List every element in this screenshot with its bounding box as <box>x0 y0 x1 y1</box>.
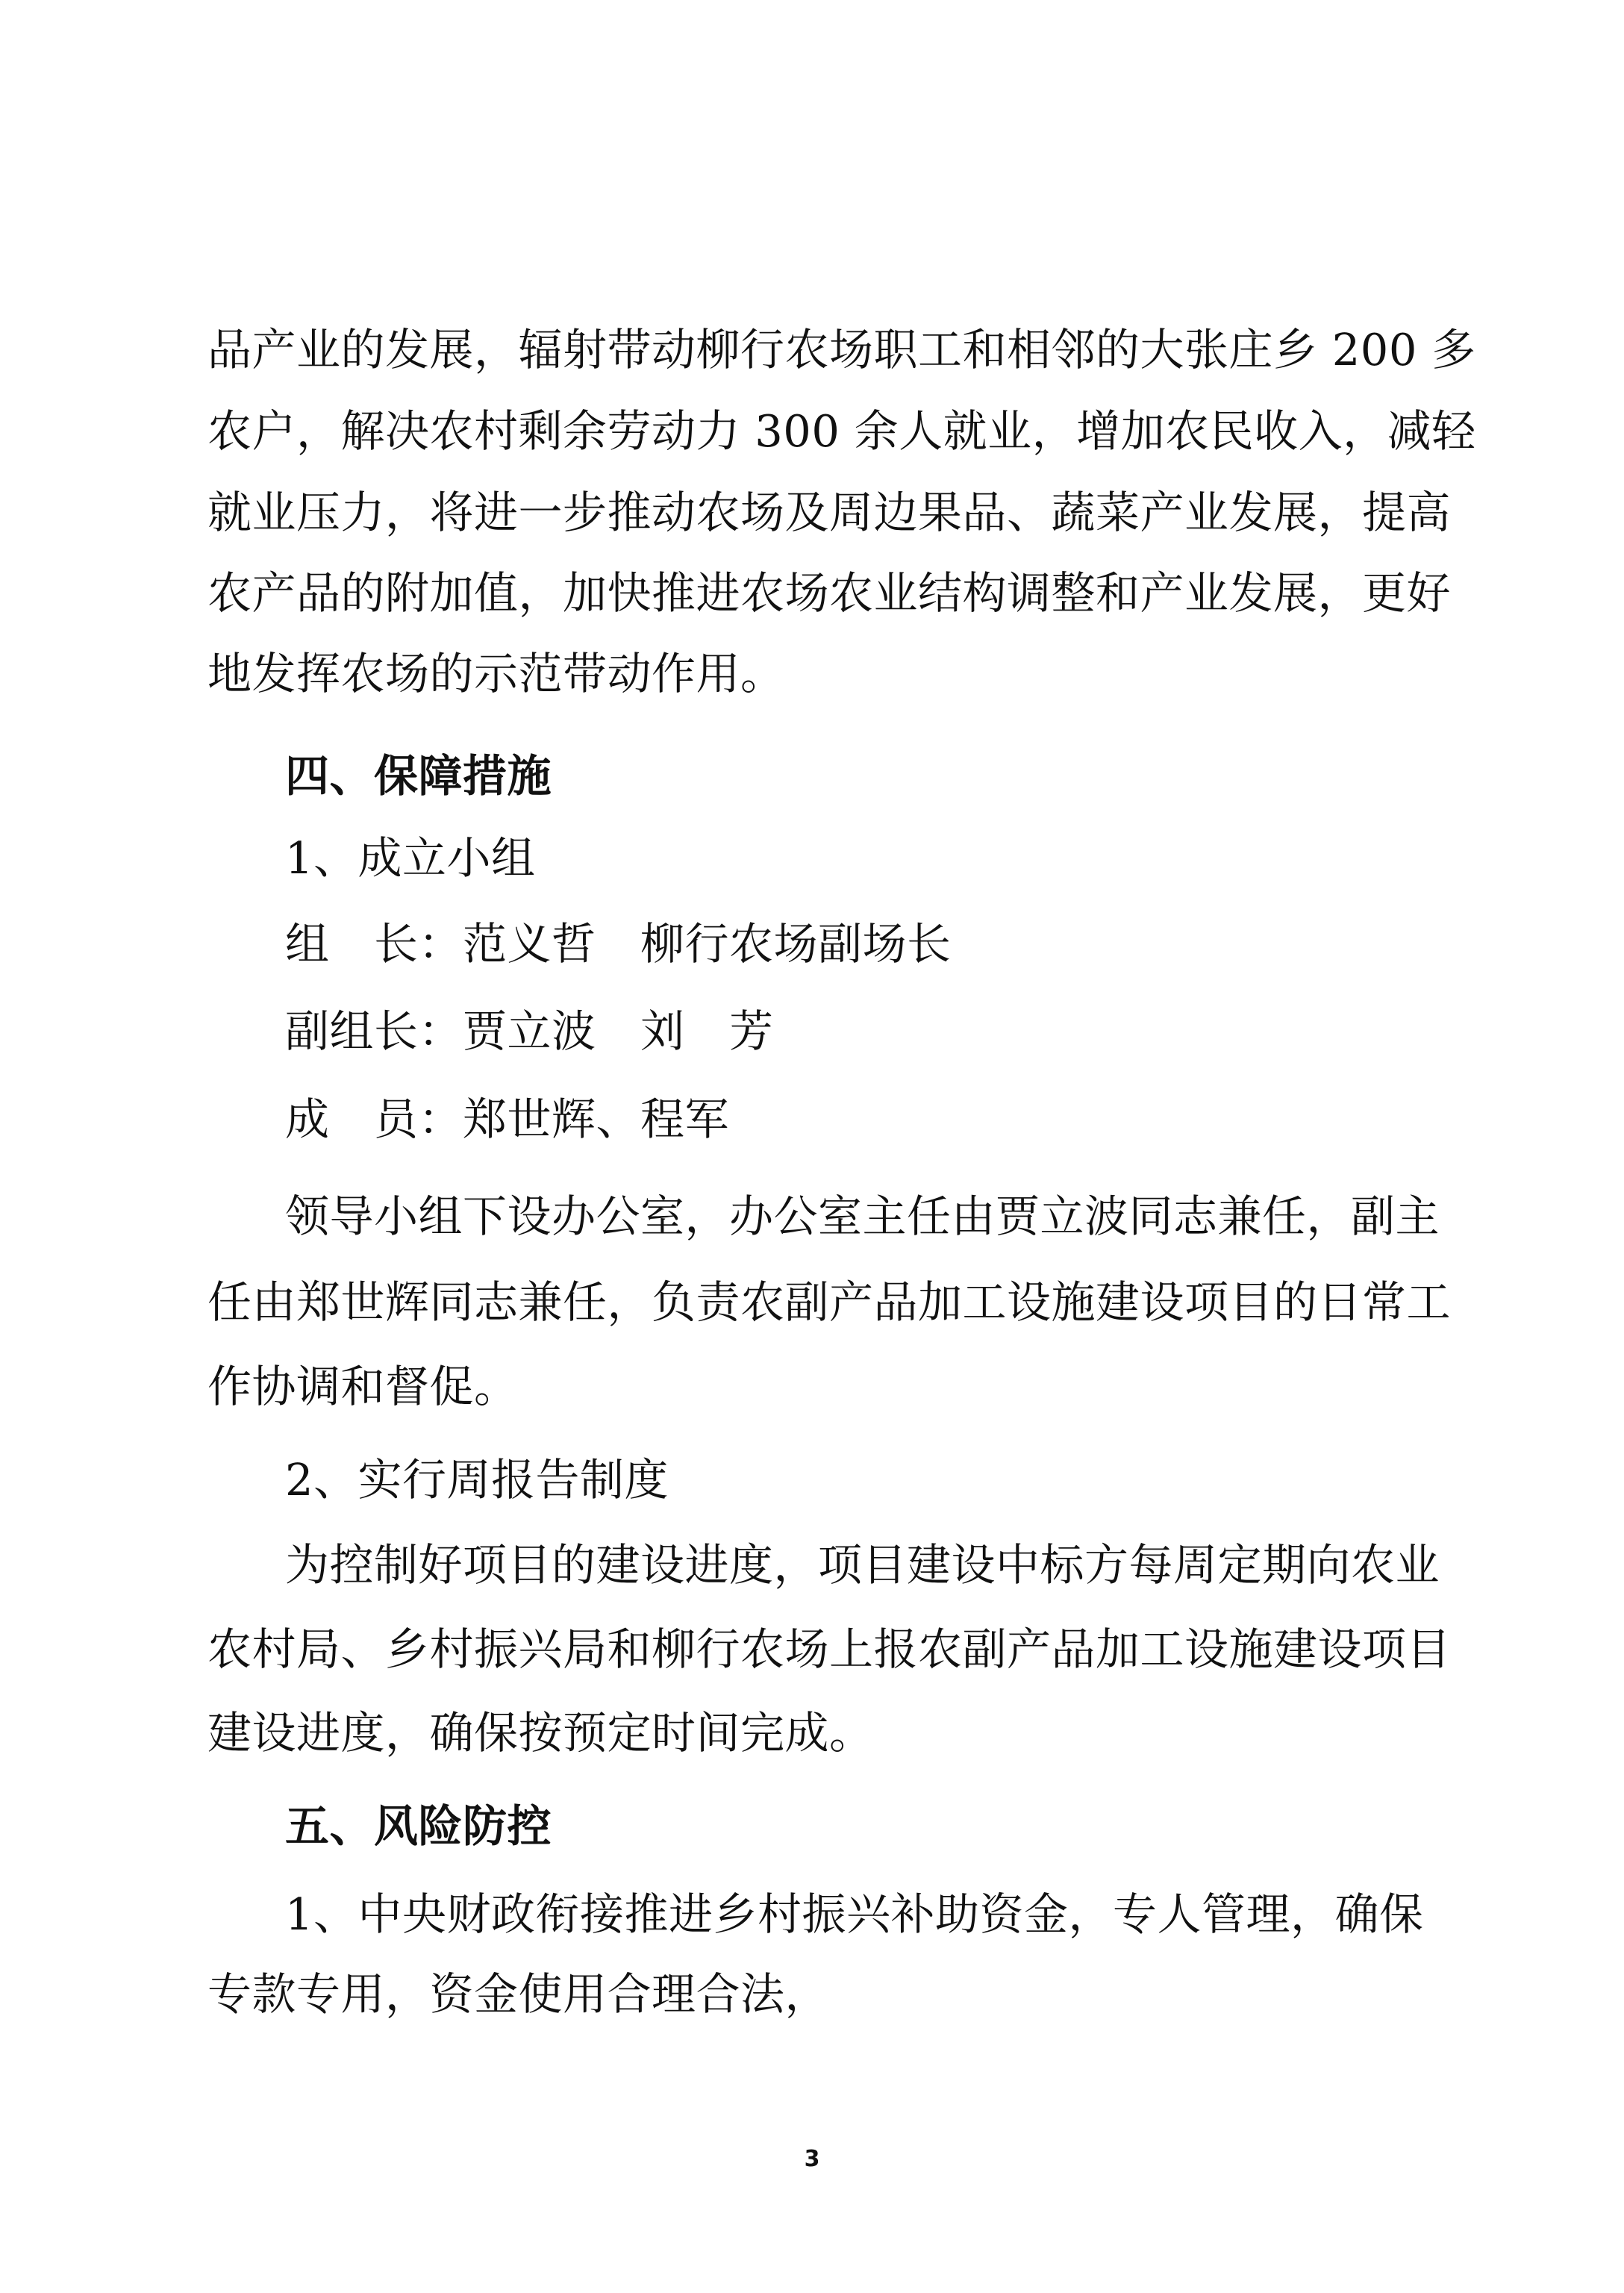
group-leader-line: 组 长：范义哲 柳行农场副场长 <box>285 914 952 974</box>
paragraph-line: 农户，解决农村剩余劳动力 300 余人就业，增加农民收入，减轻 <box>207 402 1407 461</box>
section-heading-safeguards: 四、保障措施 <box>285 746 552 806</box>
paragraph-line: 就业压力，将进一步推动农场及周边果品、蔬菜产业发展，提高 <box>207 483 1407 543</box>
paragraph-line: 为控制好项目的建设进度，项目建设中标方每周定期向农业 <box>285 1535 1407 1595</box>
paragraph-line: 专款专用，资金使用合理合法， <box>207 1965 829 2024</box>
subsection-title-establish-group: 1、成立小组 <box>285 829 536 888</box>
section-heading-risk-control: 五、风险防控 <box>285 1797 552 1856</box>
paragraph-line: 任由郑世辉同志兼任，负责农副产品加工设施建设项目的日常工 <box>207 1273 1407 1332</box>
paragraph-line: 建设进度，确保按预定时间完成。 <box>207 1703 874 1763</box>
page-number: 3 <box>790 2146 834 2173</box>
paragraph-line: 作协调和督促。 <box>207 1357 519 1417</box>
members-line: 成 员：郑世辉、程军 <box>285 1090 729 1149</box>
paragraph-line: 农村局、乡村振兴局和柳行农场上报农副产品加工设施建设项目 <box>207 1620 1407 1679</box>
paragraph-line: 地发挥农场的示范带动作用。 <box>207 644 785 704</box>
paragraph-line: 品产业的发展，辐射带动柳行农场职工和相邻的大张庄乡 200 多 <box>207 320 1407 380</box>
document-page: 品产业的发展，辐射带动柳行农场职工和相邻的大张庄乡 200 多 农户，解决农村剩… <box>0 0 1624 2293</box>
paragraph-line: 农产品的附加值，加快推进农场农业结构调整和产业发展，更好 <box>207 564 1407 623</box>
subsection-title-weekly-report: 2、实行周报告制度 <box>285 1450 669 1510</box>
paragraph-line: 领导小组下设办公室，办公室主任由贾立波同志兼任，副主 <box>285 1187 1407 1247</box>
deputy-leaders-line: 副组长：贾立波 刘 芳 <box>285 1002 774 1061</box>
paragraph-line: 1、中央财政衔接推进乡村振兴补助资金，专人管理，确保 <box>285 1885 1407 1944</box>
